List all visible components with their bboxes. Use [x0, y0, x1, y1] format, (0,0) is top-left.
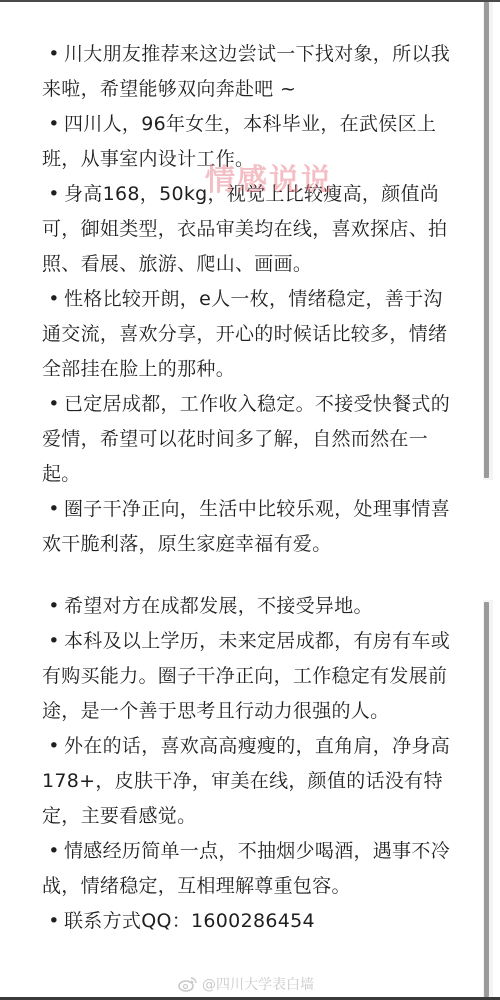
list-item: •希望对方在成都发展，不接受异地。: [42, 589, 460, 624]
list-item: •性格比较开朗，e人一枚，情绪稳定，善于沟通交流，喜欢分享，开心的时候话比较多，…: [42, 282, 460, 387]
item-text: 性格比较开朗，e人一枚，情绪稳定，善于沟通交流，喜欢分享，开心的时候话比较多，情…: [42, 288, 447, 380]
bullet-icon: •: [44, 589, 64, 624]
bullet-icon: •: [44, 177, 64, 212]
list-item: •川大朋友推荐来这边尝试一下找对象，所以我来啦，希望能够双向奔赴吧 ~: [42, 37, 460, 107]
list-item: •身高168，50kg，视觉上比较瘦高，颜值尚可，御姐类型，衣品审美均在线，喜欢…: [42, 177, 460, 282]
item-text: 情感经历简单一点，不抽烟少喝酒，遇事不冷战，情绪稳定，互相理解尊重包容。: [42, 840, 450, 897]
bullet-icon: •: [44, 904, 64, 939]
list-item: •已定居成都，工作收入稳定。不接受快餐式的爱情，希望可以花时间多了解，自然而然在…: [42, 387, 460, 492]
item-text: 川大朋友推荐来这边尝试一下找对象，所以我来啦，希望能够双向奔赴吧 ~: [42, 43, 450, 100]
weibo-icon: [178, 976, 198, 992]
bullet-icon: •: [44, 729, 64, 764]
bullet-icon: •: [44, 834, 64, 869]
weibo-watermark: @四川大学表白墙: [178, 973, 314, 995]
bullet-icon: •: [44, 387, 64, 422]
scrollbar-thumb[interactable]: [484, 2, 489, 478]
item-text: 希望对方在成都发展，不接受异地。: [64, 595, 373, 617]
bullet-icon: •: [44, 492, 64, 527]
item-text: 身高168，50kg，视觉上比较瘦高，颜值尚可，御姐类型，衣品审美均在线，喜欢探…: [42, 183, 447, 275]
contact-qq-text: 联系方式QQ：1600286454: [64, 910, 315, 932]
item-text: 外在的话，喜欢高高瘦瘦的，直角肩，净身高178+，皮肤干净，审美在线，颜值的话没…: [42, 735, 450, 827]
bullet-icon: •: [44, 624, 64, 659]
expectations-section: •希望对方在成都发展，不接受异地。 •本科及以上学历，未来定居成都，有房有车或有…: [42, 589, 460, 939]
list-item: •外在的话，喜欢高高瘦瘦的，直角肩，净身高178+，皮肤干净，审美在线，颜值的话…: [42, 729, 460, 834]
item-text: 四川人，96年女生，本科毕业，在武侯区上班，从事室内设计工作。: [42, 113, 436, 170]
bullet-icon: •: [44, 37, 64, 72]
item-text: 本科及以上学历，未来定居成都，有房有车或有购买能力。圈子干净正向，工作稳定有发展…: [42, 630, 450, 722]
watermark-account: @四川大学表白墙: [202, 974, 314, 994]
list-item: •四川人，96年女生，本科毕业，在武侯区上班，从事室内设计工作。: [42, 107, 460, 177]
contact-item: •联系方式QQ：1600286454: [42, 904, 460, 939]
list-item: •情感经历简单一点，不抽烟少喝酒，遇事不冷战，情绪稳定，互相理解尊重包容。: [42, 834, 460, 904]
list-item: •本科及以上学历，未来定居成都，有房有车或有购买能力。圈子干净正向，工作稳定有发…: [42, 624, 460, 729]
item-text: 圈子干净正向，生活中比较乐观，处理事情喜欢干脆利落，原生家庭幸福有爱。: [42, 498, 450, 555]
item-text: 已定居成都，工作收入稳定。不接受快餐式的爱情，希望可以花时间多了解，自然而然在一…: [42, 393, 450, 485]
list-item: •圈子干净正向，生活中比较乐观，处理事情喜欢干脆利落，原生家庭幸福有爱。: [42, 492, 460, 562]
scrollbar-thumb[interactable]: [484, 602, 489, 997]
bullet-icon: •: [44, 107, 64, 142]
intro-section: •川大朋友推荐来这边尝试一下找对象，所以我来啦，希望能够双向奔赴吧 ~ •四川人…: [42, 37, 460, 562]
bullet-icon: •: [44, 282, 64, 317]
